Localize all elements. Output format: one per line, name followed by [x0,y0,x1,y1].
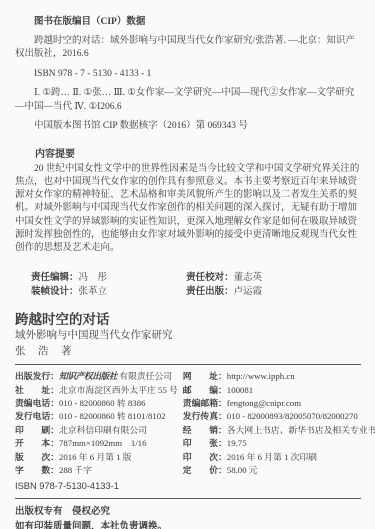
divider-top [15,364,361,365]
staff-editor: 责任编辑：冯 彤 [31,271,186,285]
colophon-fax: 发行传真：010 - 82000893/82005070/82000270 [183,410,361,423]
book-subtitle: 域外影响与中国现当代女作家研究 [15,328,361,344]
copyright-page: 图书在版编目（CIP）数据 跨越时空的对话：域外影响与中国现当代女作家研究/张浩… [0,0,375,529]
staff-designer-label: 装帧设计： [31,287,79,297]
notice-quality: 如有印装质量问题，本社负责调换。 [15,520,361,529]
cip-record-number: 中国版本图书馆 CIP 数据核字（2016）第 069343 号 [15,120,361,134]
staff-proofreader: 责任校对：董志英 [186,271,361,285]
staff-proofreader-value: 董志英 [234,273,263,283]
colophon-word-count: 字 数：288 千字 [15,464,183,477]
staff-publisher-value: 卢运霞 [234,287,263,297]
book-title: 跨越时空的对话 [15,311,361,328]
staff-section: 责任编辑：冯 彤 责任校对：董志英 装帧设计：张革立 责任出版：卢运霞 [15,271,361,299]
staff-editor-value: 冯 彤 [79,273,108,283]
book-author: 张 浩 著 [15,344,361,359]
colophon-distributors: 经 销：各大网上书店、新华书店及相关专业书店 [183,424,361,437]
colophon-section: 出版发行：知识产权出版社 有限责任公司 社 址：北京市海淀区西外太平庄 55 号… [15,370,361,477]
divider-bottom [15,498,361,499]
staff-publisher-label: 责任出版： [186,287,234,297]
colophon-editor-phone: 责编电话：010 - 82000860 转 8386 [15,397,183,410]
cip-section: 图书在版编目（CIP）数据 跨越时空的对话：域外影响与中国现当代女作家研究/张浩… [15,16,361,134]
abstract-section: 内容提要 20 世纪中国女性文学中的世界性因素是当今比较文学和中国文学研究界关注… [15,148,361,256]
colophon-publishing: 出版发行：知识产权出版社 有限责任公司 [15,370,183,383]
colophon-website: 网 址：http://www.ipph.cn [183,370,361,383]
colophon-edition: 版 次：2016 年 6 月第 1 版 [15,451,183,464]
colophon-left-column: 出版发行：知识产权出版社 有限责任公司 社 址：北京市海淀区西外太平庄 55 号… [15,370,183,477]
copyright-notices: 出版权专有 侵权必究 如有印装质量问题，本社负责调换。 [15,505,361,529]
abstract-text: 20 世纪中国女性文学中的世界性因素是当今比较文学和中国文学研究界关注的焦点，也… [15,163,361,255]
cip-classification: Ⅰ. ①跨… Ⅱ. ①张… Ⅲ. ①女作家—文学研究—中国—现代②女作家—文学研… [15,87,361,114]
publisher-logotype: 知识产权出版社 [59,371,117,381]
notice-rights: 出版权专有 侵权必究 [15,505,361,520]
isbn-bottom: ISBN 978-7-5130-4133-1 [15,480,361,493]
cip-heading: 图书在版编目（CIP）数据 [15,16,361,30]
staff-editor-label: 责任编辑： [31,273,79,283]
colophon-printing: 印 次：2016 年 6 月第 1 次印刷 [183,451,361,464]
colophon-right-column: 网 址：http://www.ipph.cn 邮 编：100081 责编邮箱：f… [183,370,361,477]
colophon-format: 开 本：787mm×1092mm 1/16 [15,437,183,450]
colophon-postcode: 邮 编：100081 [183,384,361,397]
colophon-printer: 印 刷：北京科信印刷有限公司 [15,424,183,437]
colophon-distribution-phone: 发行电话：010 - 82000860 转 8101/8102 [15,410,183,423]
staff-designer: 装帧设计：张革立 [31,285,186,299]
title-block: 跨越时空的对话 域外影响与中国现当代女作家研究 张 浩 著 [15,311,361,359]
cip-isbn: ISBN 978 - 7 - 5130 - 4133 - 1 [15,68,361,82]
abstract-heading: 内容提要 [15,148,361,161]
colophon-sheets: 印 张：19.75 [183,437,361,450]
staff-proofreader-label: 责任校对： [186,273,234,283]
colophon-price: 定 价：58.00 元 [183,464,361,477]
staff-designer-value: 张革立 [79,287,108,297]
staff-publisher: 责任出版：卢运霞 [186,285,361,299]
cip-entry: 跨越时空的对话：域外影响与中国现当代女作家研究/张浩著. —北京：知识产权出版社… [15,35,361,62]
colophon-editor-email: 责编邮箱：fengtong@cnipr.com [183,397,361,410]
colophon-address: 社 址：北京市海淀区西外太平庄 55 号 [15,384,183,397]
